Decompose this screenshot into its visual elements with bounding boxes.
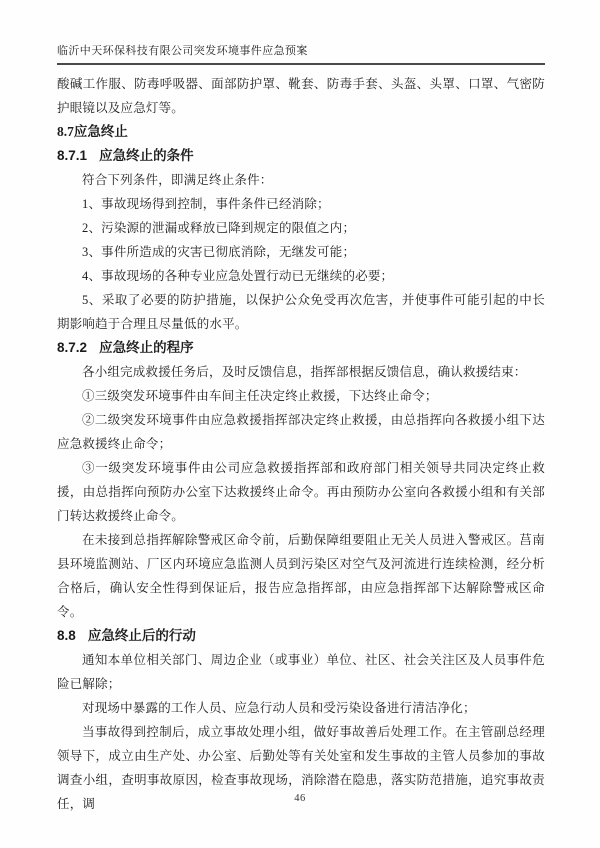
document-page: 临沂中天环保科技有限公司突发环境事件应急预案 酸碱工作服、防毒呼吸器、面部防护罩… — [0, 0, 600, 848]
section-heading-8-7-2: 8.7.2应急终止的程序 — [57, 336, 545, 360]
paragraph-procedure-level1: ③一级突发环境事件由公司应急救援指挥部和政府部门相关领导共同决定终止救援，由总指… — [57, 456, 545, 528]
heading-number: 8.7.1 — [57, 148, 87, 163]
paragraph-condition-5: 5、采取了必要的防护措施，以保护公众免受再次危害，并使事件可能引起的中长期影响趋… — [57, 288, 545, 336]
paragraph-decontamination: 对现场中暴露的工作人员、应急行动人员和受污染设备进行清洁净化； — [57, 696, 545, 720]
paragraph-cordon-release: 在未接到总指挥解除警戒区命令前，后勤保障组要阻止无关人员进入警戒区。莒南县环境监… — [57, 528, 545, 624]
heading-number: 8.7.2 — [57, 340, 87, 355]
section-heading-8-8: 8.8应急终止后的行动 — [57, 624, 545, 648]
paragraph-notify-units: 通知本单位相关部门、周边企业（或事业）单位、社区、社会关注区及人员事件危险已解除… — [57, 648, 545, 696]
heading-title: 应急终止的程序 — [99, 340, 194, 355]
paragraph-condition-1: 1、事故现场得到控制，事件条件已经消除； — [57, 192, 545, 216]
paragraph-procedure-level2: ②二级突发环境事件由应急救援指挥部决定终止救援，由总指挥向各救援小组下达应急救援… — [57, 408, 545, 456]
paragraph-procedure-level3: ①三级突发环境事件由车间主任决定终止救援，下达终止命令； — [57, 384, 545, 408]
paragraph-condition-4: 4、事故现场的各种专业应急处置行动已无继续的必要； — [57, 264, 545, 288]
page-header: 临沂中天环保科技有限公司突发环境事件应急预案 — [57, 42, 545, 65]
page-footer: 46 — [0, 788, 600, 806]
document-content: 酸碱工作服、防毒呼吸器、面部防护罩、靴套、防毒手套、头盔、头罩、口罩、气密防护眼… — [57, 72, 545, 816]
page-number: 46 — [294, 793, 306, 804]
paragraph-termination-intro: 符合下列条件，即满足终止条件： — [57, 168, 545, 192]
heading-title: 应急终止的条件 — [99, 148, 194, 163]
paragraph-procedure-intro: 各小组完成救援任务后，及时反馈信息，指挥部根据反馈信息，确认救援结束： — [57, 360, 545, 384]
header-title: 临沂中天环保科技有限公司突发环境事件应急预案 — [57, 42, 545, 58]
heading-title: 应急终止后的行动 — [88, 628, 196, 643]
section-heading-8-7: 8.7应急终止 — [57, 120, 545, 144]
paragraph-condition-3: 3、事件所造成的灾害已彻底消除，无继发可能； — [57, 240, 545, 264]
paragraph-condition-2: 2、污染源的泄漏或释放已降到规定的限值之内； — [57, 216, 545, 240]
paragraph-ppe-list: 酸碱工作服、防毒呼吸器、面部防护罩、靴套、防毒手套、头盔、头罩、口罩、气密防护眼… — [57, 72, 545, 120]
heading-number: 8.8 — [57, 628, 76, 643]
section-heading-8-7-1: 8.7.1应急终止的条件 — [57, 144, 545, 168]
